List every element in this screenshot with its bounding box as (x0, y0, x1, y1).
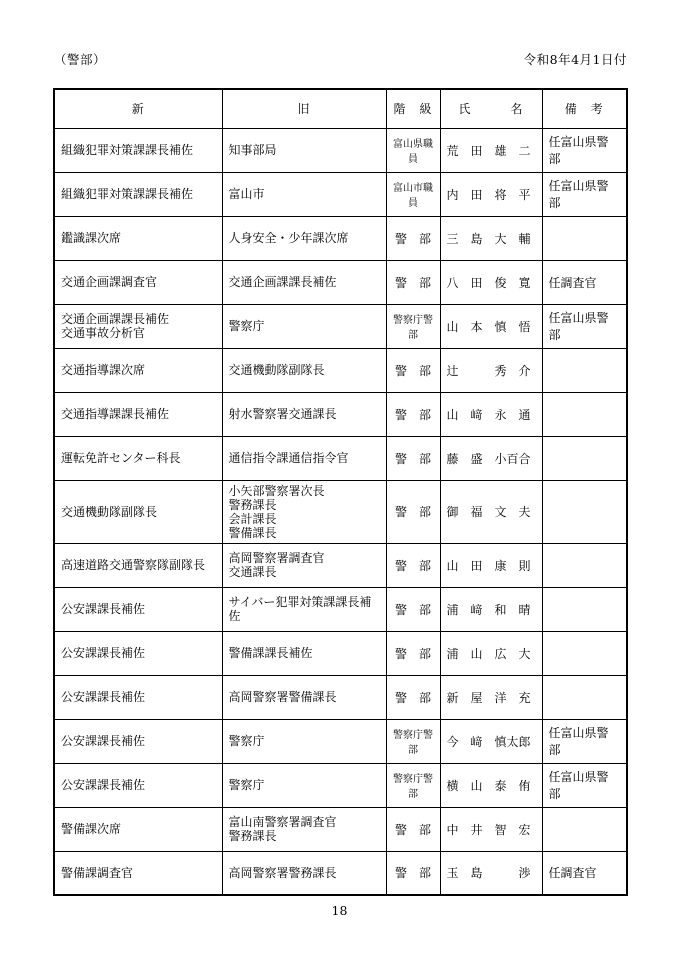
cell-name: 山 田 康 則 (440, 543, 542, 587)
table-row: 公安課課長補佐高岡警察署警備課長警 部新 屋 洋 充 (54, 675, 627, 719)
cell-name: 中 井 智 宏 (440, 807, 542, 851)
category-label: （警部） (54, 50, 106, 68)
cell-name: 辻 秀 介 (440, 348, 542, 392)
cell-new-post: 交通指導課課長補佐 (54, 392, 222, 436)
cell-name: 浦 山 広 大 (440, 631, 542, 675)
personnel-table: 新 旧 階 級 氏 名 備 考 組織犯罪対策課課長補佐知事部局富山県職員荒 田 … (53, 88, 628, 896)
cell-remarks (542, 543, 627, 587)
table-row: 交通指導課次席交通機動隊副隊長警 部辻 秀 介 (54, 348, 627, 392)
cell-new-post: 組織犯罪対策課課長補佐 (54, 172, 222, 216)
table-row: 公安課課長補佐警察庁警察庁警部横 山 泰 侑任富山県警部 (54, 763, 627, 807)
cell-new-post: 交通企画課課長補佐交通事故分析官 (54, 304, 222, 348)
cell-remarks (542, 675, 627, 719)
cell-old-post: 富山市 (222, 172, 386, 216)
table-row: 組織犯罪対策課課長補佐知事部局富山県職員荒 田 雄 二任富山県警部 (54, 128, 627, 172)
column-header-new: 新 (54, 89, 222, 128)
cell-name: 玉 島 渉 (440, 851, 542, 895)
cell-rank: 警 部 (386, 807, 440, 851)
column-header-remarks: 備 考 (542, 89, 627, 128)
cell-old-post: 交通企画課課長補佐 (222, 260, 386, 304)
cell-new-post: 公安課課長補佐 (54, 763, 222, 807)
table-header: 新 旧 階 級 氏 名 備 考 (54, 89, 627, 128)
cell-rank: 警 部 (386, 675, 440, 719)
cell-remarks: 任富山県警部 (542, 763, 627, 807)
cell-remarks (542, 480, 627, 543)
cell-remarks: 任調査官 (542, 851, 627, 895)
cell-name: 八 田 俊 寬 (440, 260, 542, 304)
table-body: 組織犯罪対策課課長補佐知事部局富山県職員荒 田 雄 二任富山県警部組織犯罪対策課… (54, 128, 627, 895)
cell-remarks: 任富山県警部 (542, 128, 627, 172)
table-row: 高速道路交通警察隊副隊長高岡警察署調査官交通課長警 部山 田 康 則 (54, 543, 627, 587)
table-row: 組織犯罪対策課課長補佐富山市富山市職員内 田 将 平任富山県警部 (54, 172, 627, 216)
cell-remarks (542, 436, 627, 480)
cell-old-post: 警備課課長補佐 (222, 631, 386, 675)
cell-rank: 警 部 (386, 436, 440, 480)
cell-old-post: 人身安全・少年課次席 (222, 216, 386, 260)
cell-name: 山 﨑 永 通 (440, 392, 542, 436)
cell-old-post: 通信指令課通信指令官 (222, 436, 386, 480)
cell-rank: 富山県職員 (386, 128, 440, 172)
cell-name: 御 福 文 夫 (440, 480, 542, 543)
cell-name: 内 田 将 平 (440, 172, 542, 216)
cell-old-post: 射水警察署交通課長 (222, 392, 386, 436)
cell-remarks (542, 392, 627, 436)
cell-remarks (542, 807, 627, 851)
table-row: 運転免許センター科長通信指令課通信指令官警 部藤 盛 小百合 (54, 436, 627, 480)
table-row: 公安課課長補佐警備課課長補佐警 部浦 山 広 大 (54, 631, 627, 675)
column-header-rank: 階 級 (386, 89, 440, 128)
table-row: 鑑識課次席人身安全・少年課次席警 部三 島 大 輔 (54, 216, 627, 260)
cell-rank: 警 部 (386, 392, 440, 436)
cell-remarks: 任富山県警部 (542, 172, 627, 216)
page-number: 18 (53, 903, 626, 918)
table-row: 交通企画課調査官交通企画課課長補佐警 部八 田 俊 寬任調査官 (54, 260, 627, 304)
cell-name: 藤 盛 小百合 (440, 436, 542, 480)
cell-remarks: 任調査官 (542, 260, 627, 304)
column-header-old: 旧 (222, 89, 386, 128)
cell-name: 今 﨑 慎太郎 (440, 719, 542, 763)
cell-rank: 警察庁警部 (386, 763, 440, 807)
table-row: 警備課調査官高岡警察署警務課長警 部玉 島 渉任調査官 (54, 851, 627, 895)
cell-old-post: 知事部局 (222, 128, 386, 172)
cell-new-post: 交通機動隊副隊長 (54, 480, 222, 543)
cell-name: 山 本 慎 悟 (440, 304, 542, 348)
page-header: （警部） 令和8年4月1日付 (54, 50, 627, 68)
cell-remarks (542, 631, 627, 675)
cell-new-post: 組織犯罪対策課課長補佐 (54, 128, 222, 172)
cell-new-post: 公安課課長補佐 (54, 719, 222, 763)
cell-name: 横 山 泰 侑 (440, 763, 542, 807)
cell-old-post: 高岡警察署警備課長 (222, 675, 386, 719)
cell-new-post: 警備課次席 (54, 807, 222, 851)
cell-rank: 警 部 (386, 587, 440, 631)
table-row: 交通指導課課長補佐射水警察署交通課長警 部山 﨑 永 通 (54, 392, 627, 436)
cell-new-post: 公安課課長補佐 (54, 675, 222, 719)
cell-new-post: 公安課課長補佐 (54, 587, 222, 631)
table-row: 交通企画課課長補佐交通事故分析官警察庁警察庁警部山 本 慎 悟任富山県警部 (54, 304, 627, 348)
cell-new-post: 運転免許センター科長 (54, 436, 222, 480)
cell-new-post: 公安課課長補佐 (54, 631, 222, 675)
cell-old-post: 高岡警察署調査官交通課長 (222, 543, 386, 587)
cell-name: 三 島 大 輔 (440, 216, 542, 260)
cell-old-post: 警察庁 (222, 719, 386, 763)
cell-remarks: 任富山県警部 (542, 304, 627, 348)
document-page: （警部） 令和8年4月1日付 新 旧 階 級 氏 名 備 考 組織犯罪対策課課長… (0, 0, 680, 961)
cell-new-post: 高速道路交通警察隊副隊長 (54, 543, 222, 587)
cell-old-post: 警察庁 (222, 763, 386, 807)
table-row: 警備課次席富山南警察署調査官警務課長警 部中 井 智 宏 (54, 807, 627, 851)
cell-old-post: サイバー犯罪対策課課長補佐 (222, 587, 386, 631)
cell-new-post: 交通企画課調査官 (54, 260, 222, 304)
cell-rank: 警 部 (386, 543, 440, 587)
cell-new-post: 交通指導課次席 (54, 348, 222, 392)
cell-rank: 警察庁警部 (386, 719, 440, 763)
cell-old-post: 交通機動隊副隊長 (222, 348, 386, 392)
table-header-row: 新 旧 階 級 氏 名 備 考 (54, 89, 627, 128)
column-header-name: 氏 名 (440, 89, 542, 128)
cell-new-post: 鑑識課次席 (54, 216, 222, 260)
cell-remarks: 任富山県警部 (542, 719, 627, 763)
cell-remarks (542, 348, 627, 392)
cell-remarks (542, 587, 627, 631)
cell-rank: 富山市職員 (386, 172, 440, 216)
cell-remarks (542, 216, 627, 260)
table-row: 公安課課長補佐サイバー犯罪対策課課長補佐警 部浦 﨑 和 晴 (54, 587, 627, 631)
cell-rank: 警 部 (386, 260, 440, 304)
cell-old-post: 警察庁 (222, 304, 386, 348)
cell-rank: 警察庁警部 (386, 304, 440, 348)
table-row: 公安課課長補佐警察庁警察庁警部今 﨑 慎太郎任富山県警部 (54, 719, 627, 763)
effective-date-label: 令和8年4月1日付 (524, 50, 627, 68)
cell-rank: 警 部 (386, 480, 440, 543)
cell-old-post: 小矢部警察署次長警務課長会計課長警備課長 (222, 480, 386, 543)
cell-rank: 警 部 (386, 851, 440, 895)
cell-name: 浦 﨑 和 晴 (440, 587, 542, 631)
cell-old-post: 富山南警察署調査官警務課長 (222, 807, 386, 851)
cell-name: 荒 田 雄 二 (440, 128, 542, 172)
cell-rank: 警 部 (386, 216, 440, 260)
table-row: 交通機動隊副隊長小矢部警察署次長警務課長会計課長警備課長警 部御 福 文 夫 (54, 480, 627, 543)
cell-rank: 警 部 (386, 348, 440, 392)
cell-rank: 警 部 (386, 631, 440, 675)
cell-name: 新 屋 洋 充 (440, 675, 542, 719)
cell-old-post: 高岡警察署警務課長 (222, 851, 386, 895)
cell-new-post: 警備課調査官 (54, 851, 222, 895)
